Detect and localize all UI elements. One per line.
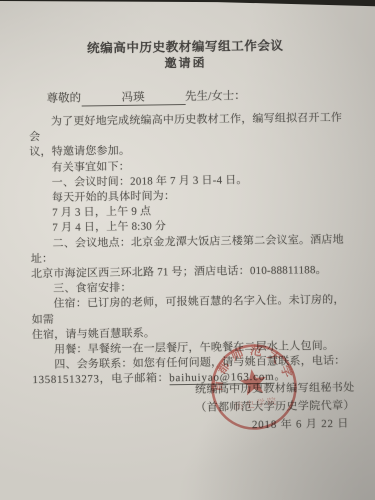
- invitation-letter: 统编高中历史教材编写组工作会议 邀请函 尊敬的冯瑛先生/女士： 为了更好地完成统…: [0, 0, 375, 500]
- seal-inner-text: 历史学院: [234, 395, 279, 412]
- recipient-name: 冯瑛: [81, 88, 185, 106]
- salutation-prefix: 尊敬的: [46, 92, 81, 104]
- title-block: 统编高中历史教材编写组工作会议 邀请函: [0, 36, 373, 74]
- seal-star-icon: [238, 367, 268, 396]
- salutation-line: 尊敬的冯瑛先生/女士：: [46, 87, 245, 107]
- body-line-meeting-place: 二、会议地点：北京金龙潭大饭店三楼第二会议室。酒店地址：: [30, 232, 350, 267]
- salutation-suffix: 先生/女士：: [185, 90, 246, 103]
- body-line: 为了更好地完成统编高中历史教材工作，编写组拟召开工作会: [29, 111, 349, 146]
- body-line-lodging: 住宿：已订房的老师，可报姚百慧的名字入住。未订房的，如需: [31, 293, 351, 328]
- red-official-seal: 首都师范大学 历史学院: [208, 341, 300, 433]
- letter-body: 为了更好地完成统编高中历史教材工作，编写组拟召开工作会 议，特邀请您参加。 有关…: [29, 111, 353, 389]
- document-photo: 统编高中历史教材编写组工作会议 邀请函 尊敬的冯瑛先生/女士： 为了更好地完成统…: [0, 0, 375, 500]
- contact-phone: 13581513273，电子邮箱：: [32, 373, 169, 387]
